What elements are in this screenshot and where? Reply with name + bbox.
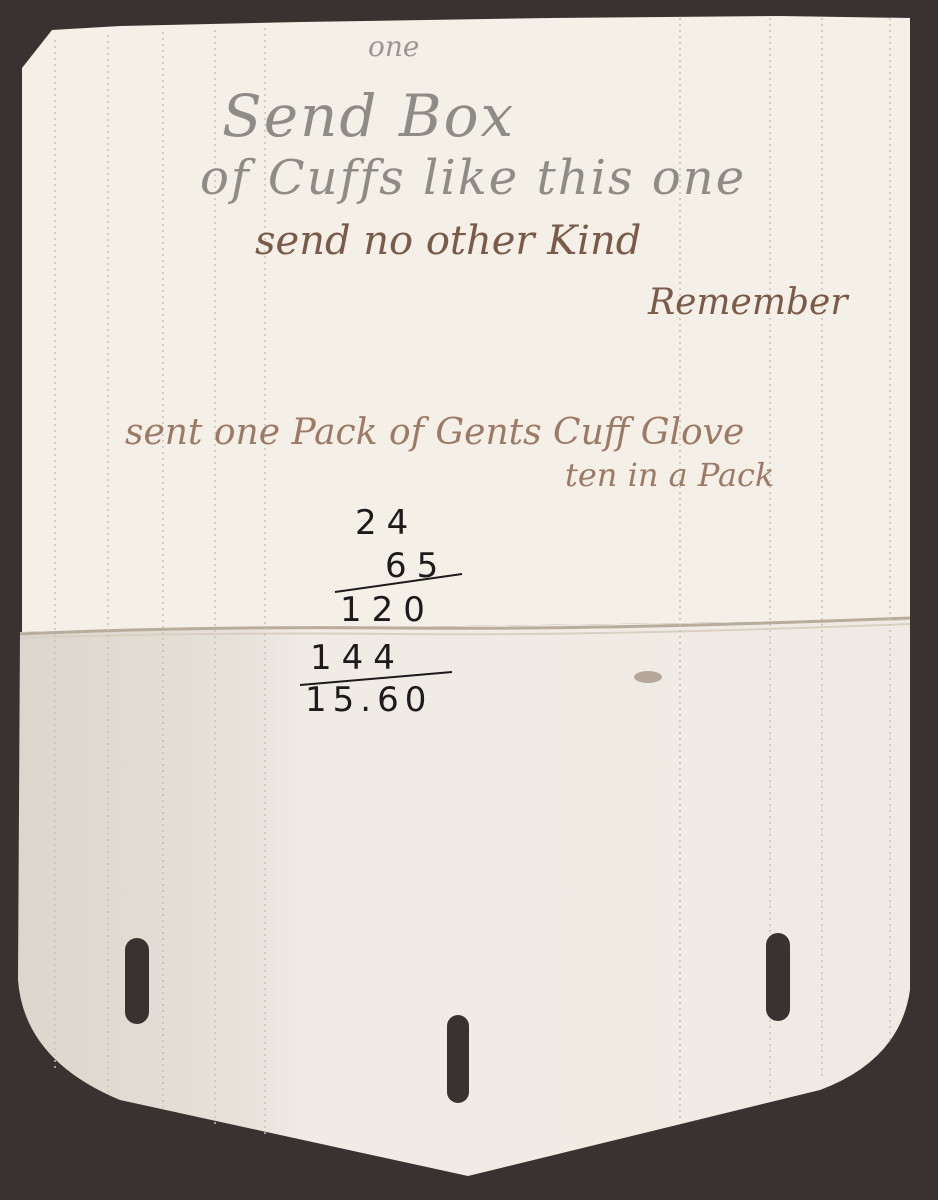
calc-total: 15.60 [305, 680, 432, 720]
calc-multiplicand: 24 [355, 503, 418, 543]
calc-multiplier: 65 [385, 546, 448, 586]
pencil-insertion-text: one [368, 30, 419, 63]
slot-left [125, 938, 149, 1024]
ink-line-1: send no other Kind [255, 218, 641, 264]
slot-center [447, 1015, 469, 1103]
ink-line-4: ten in a Pack [565, 456, 774, 494]
pencil-line-2: of Cuffs like this one [200, 150, 746, 206]
slot-right [766, 933, 790, 1021]
ink-line-2: Remember [648, 282, 848, 323]
calc-partial-2: 144 [310, 638, 405, 678]
calc-partial-1: 120 [340, 590, 435, 630]
pencil-line-1: Send Box [222, 82, 515, 150]
ink-line-3: sent one Pack of Gents Cuff Glove [125, 412, 744, 453]
document-card: one Send Box of Cuffs like this one send… [0, 0, 938, 1200]
